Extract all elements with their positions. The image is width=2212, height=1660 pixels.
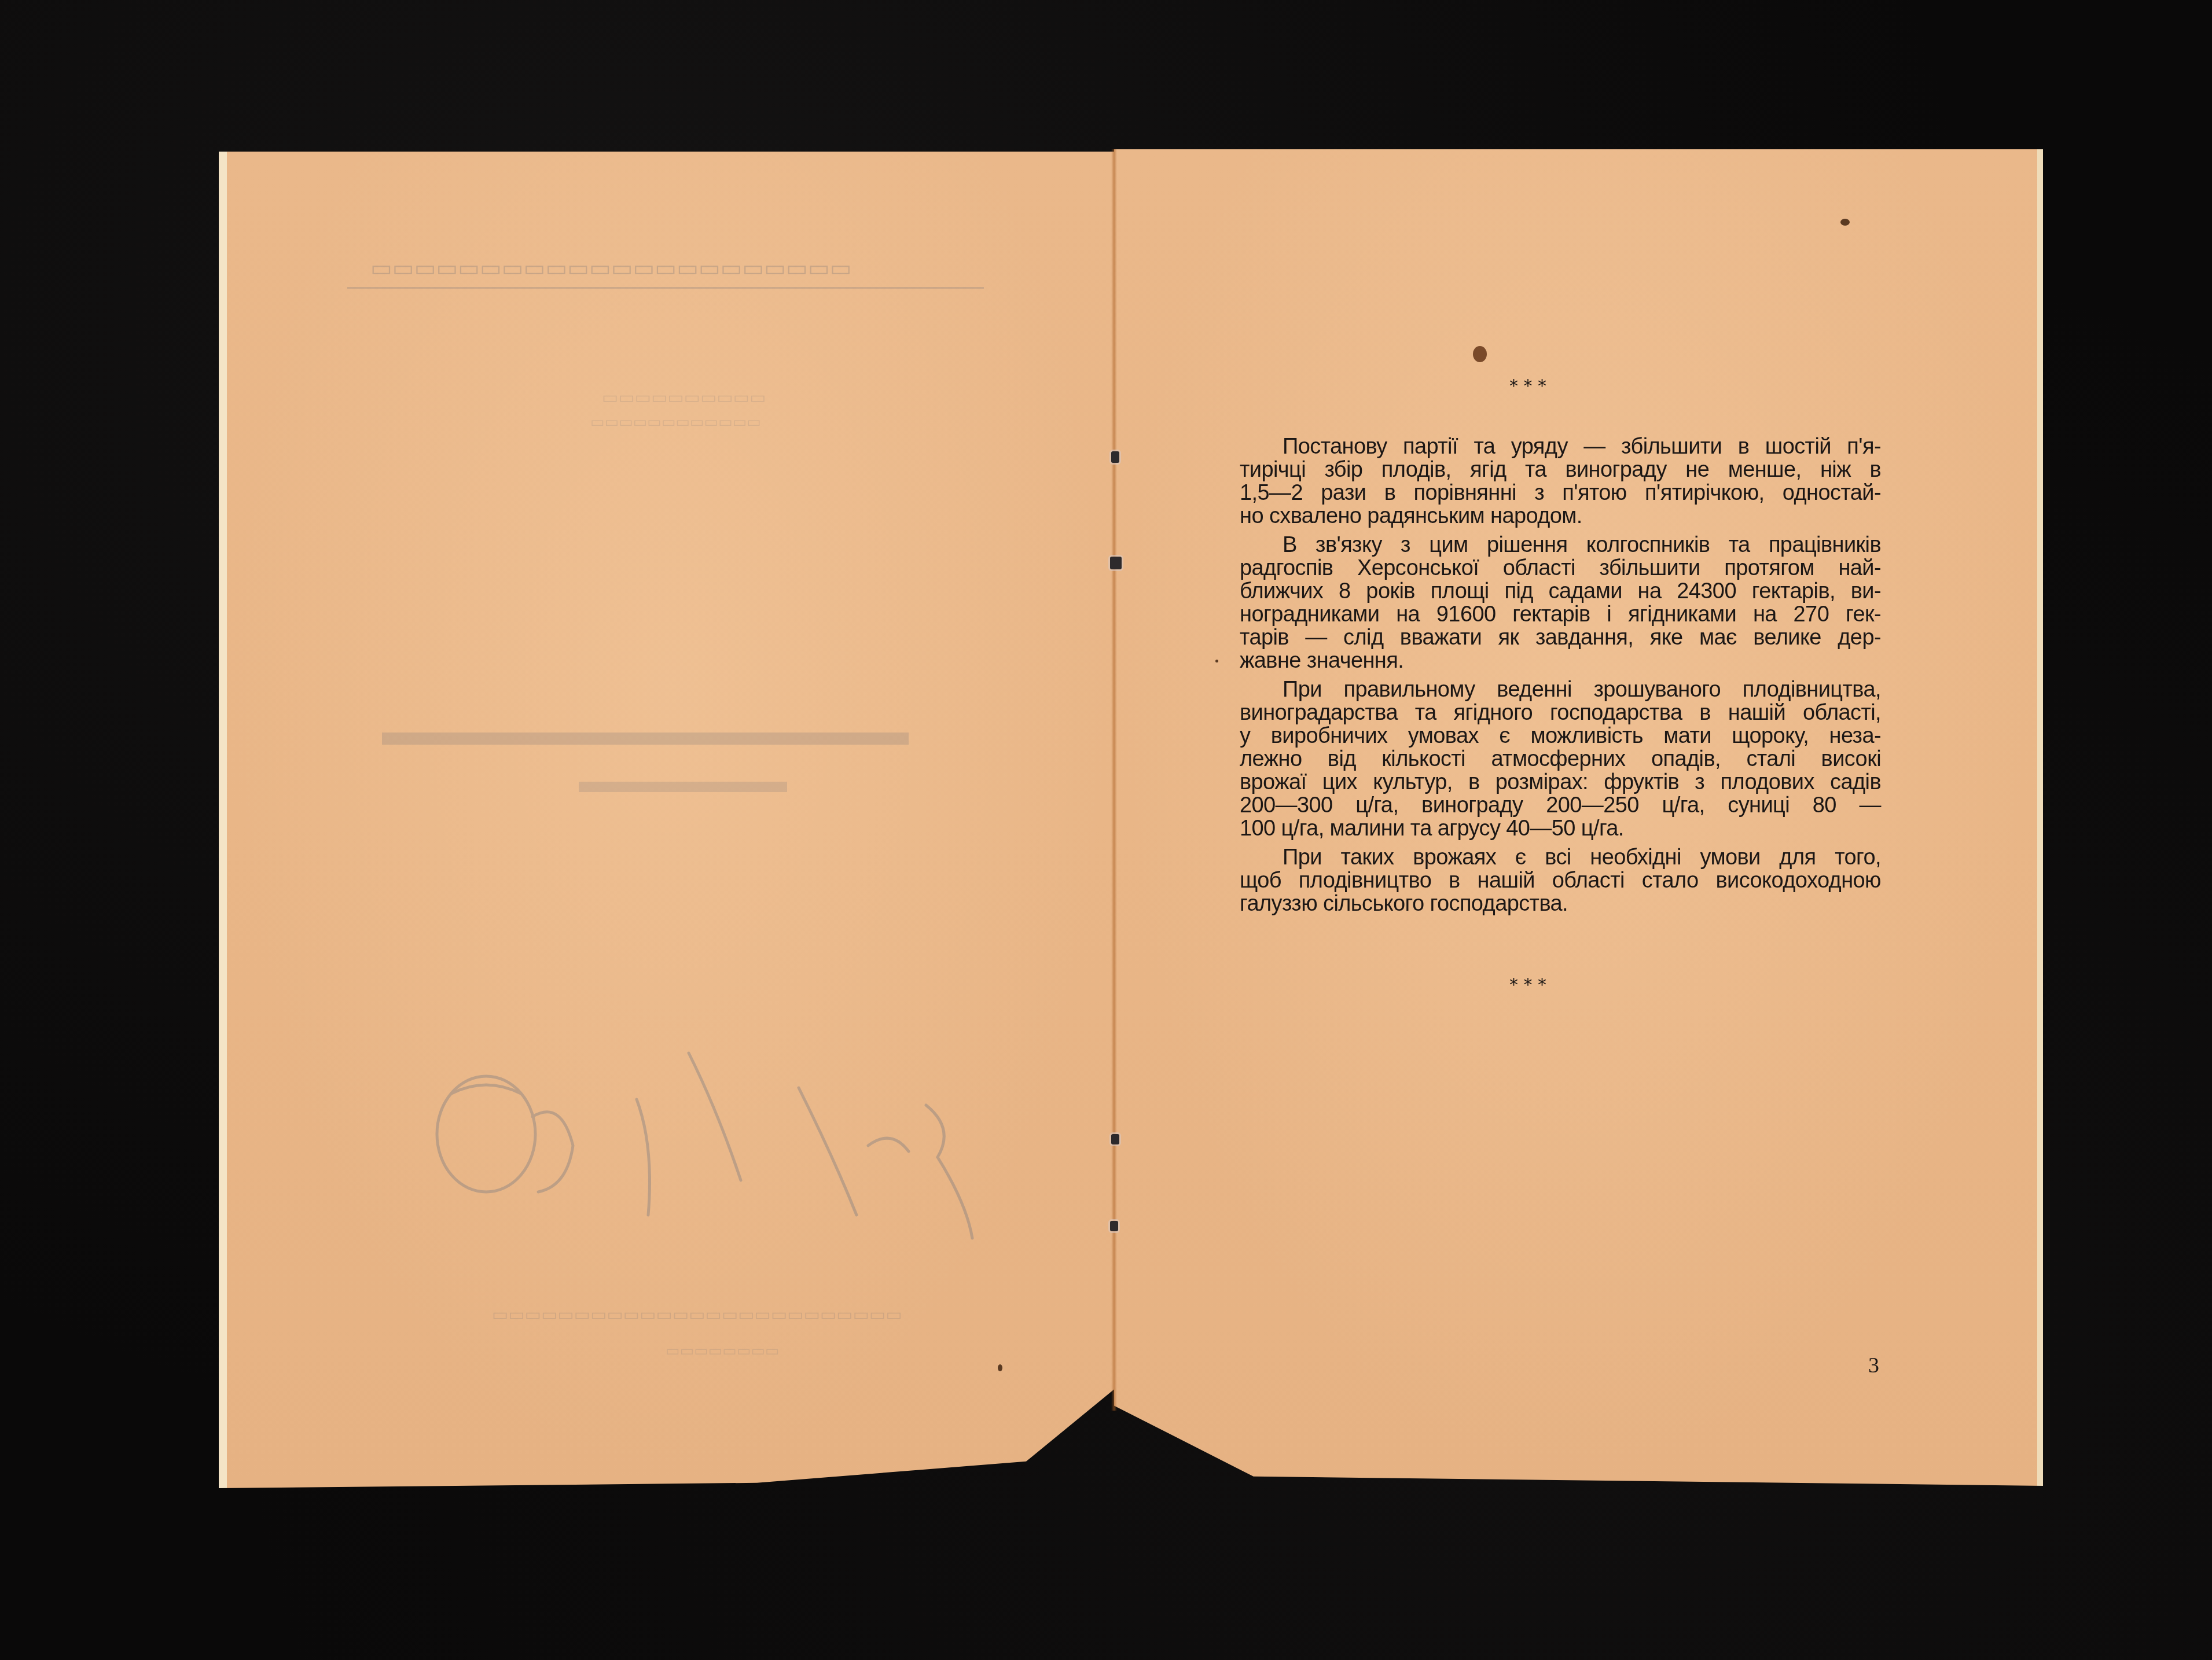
show-through-footer: ▭▭▭▭▭▭▭▭ bbox=[666, 1342, 780, 1360]
text-line: щоб плодівництво в нашій області стало в… bbox=[1197, 869, 1881, 892]
text-line: Постанову партії та уряду — збільшити в … bbox=[1197, 435, 1881, 458]
text-line: галуззю сільського господарства. bbox=[1197, 892, 1881, 915]
staple bbox=[1111, 451, 1119, 463]
text-line: лежно від кількості атмосферних опадів, … bbox=[1197, 748, 1881, 771]
text-line: виноградарства та ягідного господарства … bbox=[1197, 701, 1881, 724]
staple bbox=[1111, 1134, 1119, 1144]
text-line: 100 ц/га, малини та агрусу 40—50 ц/га. bbox=[1197, 817, 1881, 840]
bottom-separator: * * * bbox=[1509, 975, 1546, 995]
paragraph-3: При правильному веденні зрошуваного плод… bbox=[1197, 678, 1881, 840]
text-line: 200—300 ц/га, винограду 200—250 ц/га, су… bbox=[1197, 794, 1881, 817]
text-line: тарів — слід вважати як завдання, яке ма… bbox=[1197, 626, 1881, 649]
text-line: При таких врожаях є всі необхідні умови … bbox=[1197, 846, 1881, 869]
show-through-heading: ▭▭▭▭▭▭▭▭▭▭▭▭▭▭▭▭▭▭▭▭▭▭ bbox=[370, 255, 851, 282]
show-through-line: ▭▭▭▭▭▭▭▭▭▭▭▭ bbox=[590, 414, 761, 431]
left-page bbox=[219, 152, 1116, 1488]
text-line: у виробничих умовах є можливість мати що… bbox=[1197, 724, 1881, 748]
paragraph-2: В зв'язку з цим рішення колгоспників та … bbox=[1197, 533, 1881, 672]
separator-text: * * * bbox=[1509, 376, 1546, 396]
paragraph-1: Постанову партії та уряду — збільшити в … bbox=[1197, 435, 1881, 528]
text-line: радгоспів Херсонської області збільшити … bbox=[1197, 557, 1881, 580]
pencil-sketch-show-through bbox=[417, 1041, 984, 1250]
separator-text: * * * bbox=[1509, 975, 1546, 995]
show-through-footer: ▭▭▭▭▭▭▭▭▭▭▭▭▭▭▭▭▭▭▭▭▭▭▭▭▭ bbox=[492, 1305, 902, 1325]
paper-speck bbox=[998, 1364, 1002, 1371]
text-line: тирічці збір плодів, ягід та винограду н… bbox=[1197, 458, 1881, 481]
paper-speck bbox=[1840, 219, 1850, 226]
text-line: но схвалено радянським народом. bbox=[1197, 505, 1881, 528]
show-through-title: ▬▬▬▬▬▬ bbox=[579, 761, 787, 801]
paragraph-4: При таких врожаях є всі необхідні умови … bbox=[1197, 846, 1881, 915]
staple bbox=[1110, 1221, 1118, 1231]
text-line: В зв'язку з цим рішення колгоспників та … bbox=[1197, 533, 1881, 557]
staple bbox=[1110, 557, 1122, 569]
text-line: жавне значення. bbox=[1197, 649, 1881, 672]
show-through-line: ▭▭▭▭▭▭▭▭▭▭ bbox=[602, 388, 766, 408]
text-line: врожаї цих культур, в розмірах: фруктів … bbox=[1197, 771, 1881, 794]
text-line: ноградниками на 91600 гектарів і ягідник… bbox=[1197, 603, 1881, 626]
text-line: ближчих 8 років площі під садами на 2430… bbox=[1197, 580, 1881, 603]
text-line: 1,5—2 рази в порівнянні з п'ятою п'ятирі… bbox=[1197, 481, 1881, 505]
top-separator: * * * bbox=[1509, 376, 1546, 396]
show-through-rule bbox=[347, 287, 984, 289]
paper-stain bbox=[1473, 346, 1487, 362]
text-line: При правильному веденні зрошуваного плод… bbox=[1197, 678, 1881, 701]
body-text: Постанову партії та уряду — збільшити в … bbox=[1197, 435, 1881, 921]
show-through-title: ▬▬▬▬▬▬▬▬▬▬▬▬▬ bbox=[382, 709, 909, 755]
page-number: 3 bbox=[1868, 1353, 1879, 1378]
